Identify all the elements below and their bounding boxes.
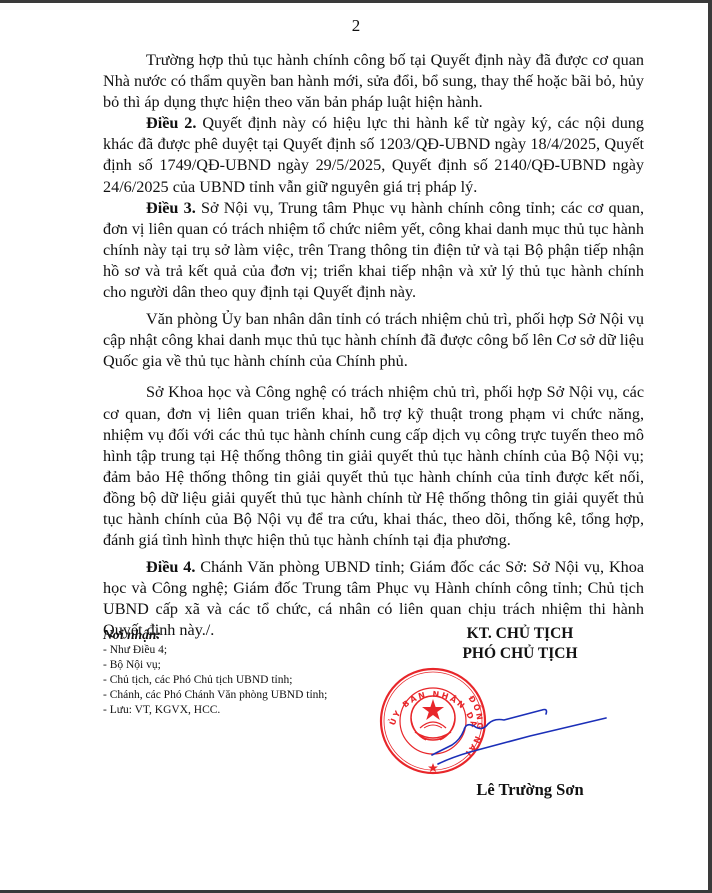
document-body: Trường hợp thủ tục hành chính công bố tạ… xyxy=(103,50,644,642)
page-number: 2 xyxy=(0,16,712,36)
recipients-block: Nơi nhận: - Như Điều 4; - Bộ Nội vụ; - C… xyxy=(103,627,393,718)
article-label: Điều 3. xyxy=(146,199,196,217)
signer-name: Lê Trường Sơn xyxy=(440,780,620,800)
recipient-item: - Như Điều 4; xyxy=(103,643,393,658)
window-frame-top xyxy=(0,0,712,3)
signer-title-line1: KT. CHỦ TỊCH xyxy=(420,624,620,644)
signer-title-block: KT. CHỦ TỊCH PHÓ CHỦ TỊCH xyxy=(420,624,620,664)
recipient-item: - Bộ Nội vụ; xyxy=(103,658,393,673)
signer-title-line2: PHÓ CHỦ TỊCH xyxy=(420,644,620,664)
paragraph-text: Trường hợp thủ tục hành chính công bố tạ… xyxy=(103,51,644,111)
article-label: Điều 2. xyxy=(146,114,196,132)
recipient-item: - Chủ tịch, các Phó Chủ tịch UBND tỉnh; xyxy=(103,673,393,688)
paragraph-article-3: Điều 3. Sở Nội vụ, Trung tâm Phục vụ hàn… xyxy=(103,198,644,303)
article-label: Điều 4. xyxy=(146,558,195,576)
recipients-heading: Nơi nhận: xyxy=(103,627,393,643)
recipient-item: - Chánh, các Phó Chánh Văn phòng UBND tỉ… xyxy=(103,688,393,703)
paragraph-text: Sở Khoa học và Công nghệ có trách nhiệm … xyxy=(103,383,644,549)
window-frame-right xyxy=(708,0,712,893)
paragraph-replacement-clause: Trường hợp thủ tục hành chính công bố tạ… xyxy=(103,50,644,113)
paragraph-text: Văn phòng Ủy ban nhân dân tỉnh có trách … xyxy=(103,310,644,370)
paragraph-article-2: Điều 2. Quyết định này có hiệu lực thi h… xyxy=(103,113,644,197)
handwritten-signature-icon xyxy=(430,700,610,770)
paragraph-office-responsibility: Văn phòng Ủy ban nhân dân tỉnh có trách … xyxy=(103,309,644,372)
recipient-item: - Lưu: VT, KGVX, HCC. xyxy=(103,703,393,718)
paragraph-science-dept-responsibility: Sở Khoa học và Công nghệ có trách nhiệm … xyxy=(103,382,644,551)
